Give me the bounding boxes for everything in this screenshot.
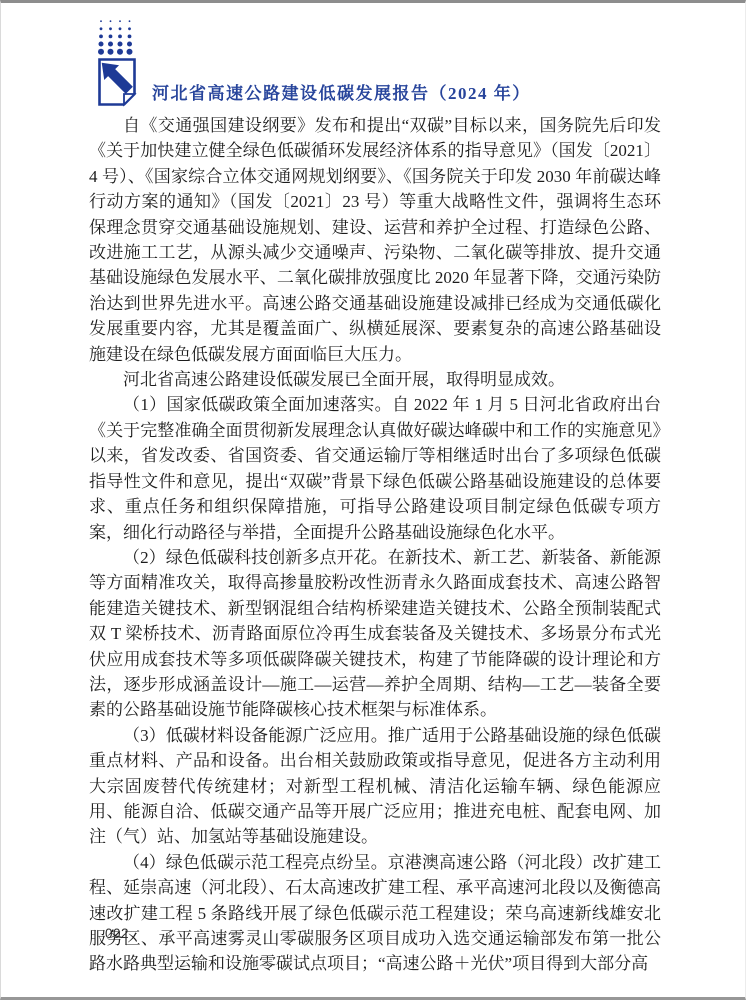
report-title: 河北省高速公路建设低碳发展报告（2024 年） xyxy=(152,79,531,108)
document-arrow-icon xyxy=(94,55,136,104)
page-number: 002 xyxy=(105,926,129,941)
paragraph: （3）低碳材料设备能源广泛应用。推广适用于公路基础设施的绿色低碳重点材料、产品和… xyxy=(89,723,661,850)
report-header: 河北省高速公路建设低碳发展报告（2024 年） xyxy=(94,18,531,108)
paragraph: （2）绿色低碳科技创新多点开花。在新技术、新工艺、新装备、新能源等方面精准攻关，… xyxy=(89,545,661,723)
paragraph: 河北省高速公路建设低碳发展已全面开展，取得明显成效。 xyxy=(89,367,661,392)
body-text: 自《交通强国建设纲要》发布和提出“双碳”目标以来，国务院先后印发《关于加快建立健… xyxy=(89,113,661,977)
paragraph: （4）绿色低碳示范工程亮点纷呈。京港澳高速公路（河北段）改扩建工程、延崇高速（河… xyxy=(89,850,661,977)
report-logo xyxy=(94,18,140,108)
document-page: 河北省高速公路建设低碳发展报告（2024 年） 自《交通强国建设纲要》发布和提出… xyxy=(0,0,746,1000)
paragraph: （1）国家低碳政策全面加速落实。自 2022 年 1 月 5 日河北省政府出台《… xyxy=(89,392,661,544)
dots-grid-icon xyxy=(98,20,133,55)
paragraph: 自《交通强国建设纲要》发布和提出“双碳”目标以来，国务院先后印发《关于加快建立健… xyxy=(89,113,661,367)
